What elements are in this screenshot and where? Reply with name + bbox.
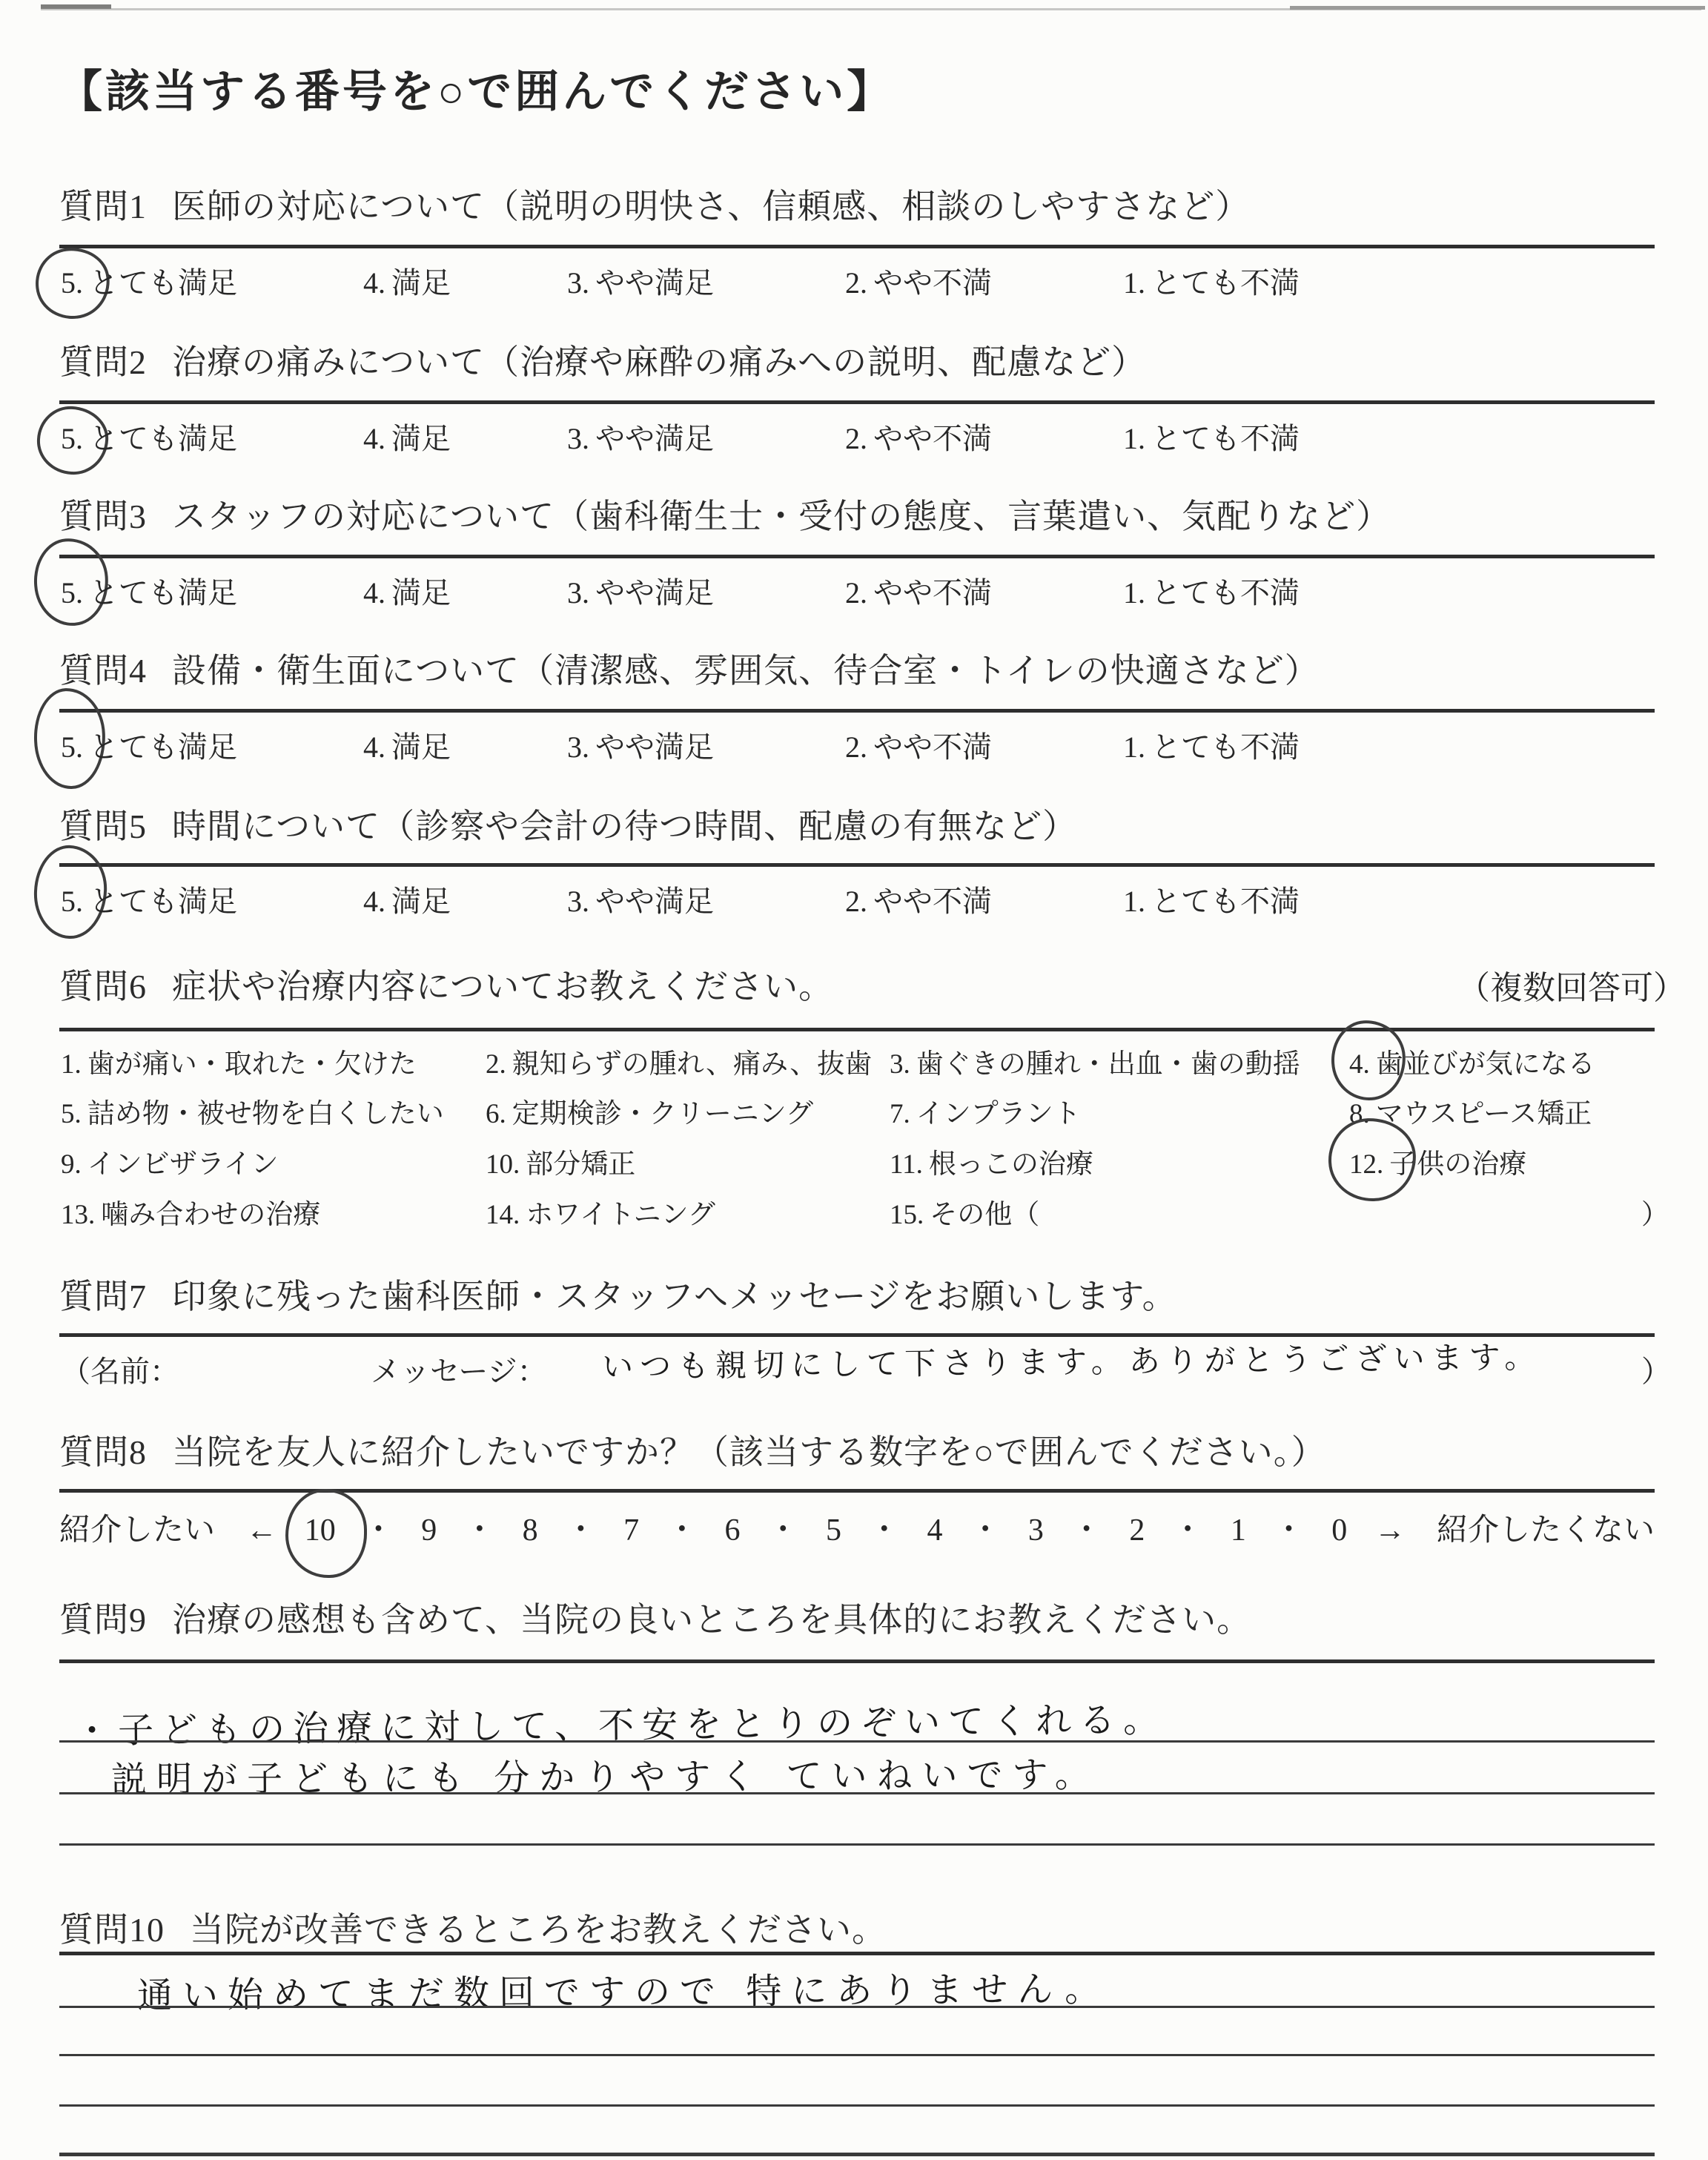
- message-field-label: メッセージ：: [371, 1348, 547, 1390]
- option-number: 2.: [845, 730, 867, 764]
- option-label: やや満足: [595, 422, 714, 455]
- divider-line: [59, 863, 1655, 867]
- nps-score-2: 2: [1129, 1513, 1145, 1548]
- question-title: 当院が改善できるところをお教えください。: [190, 1911, 887, 1949]
- divider-line: [59, 1952, 1655, 1955]
- q1-option-1: 1.とても不満: [1123, 260, 1300, 302]
- q5-option-1: 1.とても不満: [1123, 878, 1300, 920]
- question-5-header: 質問5時間について（診察や会計の待つ時間、配慮の有無など）: [59, 799, 1077, 848]
- answer-line: [59, 2006, 1655, 2008]
- option-label: やや不満: [873, 266, 992, 300]
- option-label: やや不満: [873, 576, 992, 610]
- option-number: 4.: [363, 576, 385, 610]
- question-2-header: 質問2治療の痛みについて（治療や麻酔の痛みへの説明、配慮など）: [59, 335, 1146, 384]
- option-label: やや不満: [873, 422, 992, 455]
- option-label: 満足: [391, 422, 451, 455]
- option-number: 3.: [567, 422, 589, 455]
- symptom-item-3: 3.歯ぐきの腫れ・出血・歯の動揺: [890, 1041, 1300, 1081]
- q4-option-2: 2.やや不満: [845, 724, 992, 766]
- item-number: 9.: [61, 1149, 82, 1180]
- item-number: 11.: [890, 1149, 923, 1180]
- item-number: 5.: [61, 1099, 82, 1129]
- q3-option-1: 1.とても不満: [1123, 569, 1300, 612]
- divider-line: [59, 1659, 1655, 1663]
- option-label: やや満足: [595, 730, 714, 764]
- question-number: 質問8: [59, 1433, 147, 1471]
- question-title: 設備・衛生面について（清潔感、雰囲気、待合室・トイレの快適さなど）: [172, 652, 1320, 690]
- option-label: やや不満: [873, 885, 992, 918]
- item-number: 3.: [890, 1049, 910, 1080]
- item-label: 根っこの治療: [929, 1149, 1093, 1180]
- option-number: 2.: [845, 422, 867, 455]
- q4-option-4: 4.満足: [363, 724, 451, 766]
- symptom-item-14: 14.ホワイトニング: [486, 1192, 715, 1232]
- nps-score-8: 8: [523, 1513, 538, 1548]
- message-handwritten-text: いつも親切にして下さります。ありがとうございます。: [602, 1332, 1543, 1387]
- q3-option-2: 2.やや不満: [845, 569, 992, 612]
- item-label: 定期検診・クリーニング: [512, 1099, 813, 1129]
- nps-score-6: 6: [725, 1513, 741, 1548]
- item-label: ホワイトニング: [526, 1200, 715, 1230]
- q1-option-5: 5.とても満足: [61, 260, 237, 302]
- nps-score-9: 9: [421, 1513, 437, 1548]
- scan-artifact-line: [41, 4, 111, 9]
- option-number: 4.: [363, 266, 385, 300]
- item-label: 噛み合わせの治療: [101, 1200, 320, 1230]
- q1-option-3: 3.やや満足: [567, 260, 714, 302]
- option-label: とても不満: [1151, 730, 1300, 764]
- option-number: 5.: [61, 576, 83, 610]
- name-field-label: （名前：: [61, 1348, 179, 1390]
- question-title: 治療の痛みについて（治療や麻酔の痛みへの説明、配慮など）: [172, 343, 1146, 381]
- question-8-header: 質問8当院を友人に紹介したいですか？（該当する数字を○で囲んでください。）: [59, 1425, 1326, 1474]
- nps-score-4: 4: [927, 1513, 942, 1548]
- q3-option-3: 3.やや満足: [567, 569, 714, 612]
- item-number: 14.: [486, 1200, 520, 1230]
- option-number: 2.: [845, 885, 867, 918]
- question-number: 質問9: [59, 1601, 147, 1639]
- question-title: 印象に残った歯科医師・スタッフへメッセージをお願いします。: [172, 1278, 1177, 1315]
- option-number: 1.: [1123, 266, 1145, 300]
- scale-dot: ・: [363, 1505, 394, 1550]
- question-3-header: 質問3スタッフの対応について（歯科衛生士・受付の態度、言葉遣い、気配りなど）: [59, 489, 1391, 538]
- answer-line: [59, 2153, 1655, 2156]
- scale-left-label: 紹介したい ←: [59, 1505, 277, 1550]
- q1-option-4: 4.満足: [363, 260, 451, 302]
- question-10-header: 質問10当院が改善できるところをお教えください。: [59, 1903, 887, 1952]
- option-label: 満足: [391, 730, 451, 764]
- question-number: 質問4: [59, 652, 147, 690]
- item-label: マウスピース矯正: [1376, 1099, 1592, 1129]
- question-number: 質問5: [59, 807, 147, 845]
- divider-line: [59, 400, 1655, 404]
- answer-line: [59, 1843, 1655, 1846]
- nps-score-0: 0: [1331, 1513, 1347, 1548]
- q4-option-1: 1.とても不満: [1123, 724, 1300, 766]
- item-label: 詰め物・被せ物を白くしたい: [87, 1099, 444, 1129]
- item-number: 10.: [486, 1149, 520, 1180]
- option-label: やや満足: [595, 576, 714, 610]
- option-number: 2.: [845, 266, 867, 300]
- option-number: 5.: [61, 730, 83, 764]
- q2-option-5: 5.とても満足: [61, 415, 237, 458]
- close-paren: ）: [1641, 1348, 1671, 1390]
- question-title: スタッフの対応について（歯科衛生士・受付の態度、言葉遣い、気配りなど）: [172, 498, 1391, 535]
- answer-line: [59, 2104, 1655, 2107]
- item-number: 6.: [486, 1099, 506, 1129]
- scale-dot: ・: [767, 1505, 798, 1550]
- q5-option-2: 2.やや不満: [845, 878, 992, 920]
- option-label: とても満足: [89, 885, 237, 918]
- q2-option-3: 3.やや満足: [567, 415, 714, 458]
- item-number: 13.: [61, 1200, 95, 1230]
- option-number: 4.: [363, 885, 385, 918]
- option-number: 4.: [363, 422, 385, 455]
- option-label: 満足: [391, 885, 451, 918]
- question-title: 症状や治療内容についてお教えください。: [172, 968, 833, 1005]
- nps-score-5: 5: [826, 1513, 841, 1548]
- option-label: とても不満: [1151, 266, 1300, 300]
- question-number: 質問10: [59, 1911, 165, 1949]
- item-label: 歯並びが気になる: [1376, 1049, 1595, 1080]
- option-number: 1.: [1123, 730, 1145, 764]
- option-number: 1.: [1123, 885, 1145, 918]
- q2-option-1: 1.とても不満: [1123, 415, 1300, 458]
- item-label: 親知らずの腫れ、痛み、抜歯: [512, 1049, 872, 1080]
- option-number: 5.: [61, 885, 83, 918]
- item-label: インプラント: [916, 1099, 1081, 1129]
- q4-option-5: 5.とても満足: [61, 724, 237, 766]
- q5-option-4: 4.満足: [363, 878, 451, 920]
- symptom-item-6: 6.定期検診・クリーニング: [486, 1091, 813, 1131]
- option-label: とても不満: [1151, 885, 1300, 918]
- option-label: やや不満: [873, 730, 992, 764]
- answer-line: [59, 1792, 1655, 1794]
- scale-dot: ・: [464, 1505, 495, 1550]
- symptom-item-1: 1.歯が痛い・取れた・欠けた: [61, 1041, 417, 1081]
- question-1-header: 質問1医師の対応について（説明の明快さ、信頼感、相談のしやすさなど）: [59, 179, 1250, 228]
- option-label: やや満足: [595, 266, 714, 300]
- option-number: 4.: [363, 730, 385, 764]
- question-title: 時間について（診察や会計の待つ時間、配慮の有無など）: [172, 807, 1077, 845]
- option-number: 3.: [567, 576, 589, 610]
- divider-line: [59, 709, 1655, 713]
- symptom-item-15-close-paren: ）: [1641, 1192, 1669, 1232]
- q10-handwritten-line: 通い始めてまだ数回ですので 特にありません。: [137, 1960, 1110, 2018]
- scale-dot: ・: [970, 1505, 1001, 1550]
- option-label: とても不満: [1151, 576, 1300, 610]
- nps-score-1: 1: [1231, 1513, 1246, 1548]
- option-number: 1.: [1123, 422, 1145, 455]
- divider-line: [59, 1489, 1655, 1493]
- nps-score-7: 7: [623, 1513, 639, 1548]
- symptom-item-11: 11.根っこの治療: [890, 1141, 1093, 1181]
- handwritten-circle-q8-10: [285, 1489, 367, 1578]
- option-number: 2.: [845, 576, 867, 610]
- option-label: とても満足: [89, 266, 237, 300]
- option-number: 3.: [567, 730, 589, 764]
- item-number: 1.: [61, 1049, 82, 1080]
- q3-option-5: 5.とても満足: [61, 569, 237, 612]
- survey-form-page: 【該当する番号を○で囲んでください】 質問1医師の対応について（説明の明快さ、信…: [0, 0, 1708, 2160]
- item-label: 部分矯正: [526, 1149, 635, 1180]
- symptom-item-7: 7.インプラント: [890, 1091, 1081, 1131]
- question-number: 質問7: [59, 1278, 147, 1315]
- answer-line: [59, 2054, 1655, 2056]
- option-label: 満足: [391, 576, 451, 610]
- option-number: 3.: [567, 885, 589, 918]
- symptom-item-9: 9.インビザライン: [61, 1141, 279, 1181]
- question-number: 質問3: [59, 498, 147, 535]
- q9-handwritten-line-1: ・子どもの治療に対して、不安をとりのぞいてくれる。: [74, 1691, 1168, 1753]
- symptom-item-5: 5.詰め物・被せ物を白くしたい: [61, 1091, 444, 1131]
- q2-option-4: 4.満足: [363, 415, 451, 458]
- symptom-item-2: 2.親知らずの腫れ、痛み、抜歯: [486, 1041, 872, 1081]
- symptom-item-13: 13.噛み合わせの治療: [61, 1192, 320, 1232]
- q4-option-3: 3.やや満足: [567, 724, 714, 766]
- nps-score-10: 10: [305, 1513, 336, 1548]
- item-number: 7.: [890, 1099, 910, 1129]
- answer-line: [59, 1740, 1655, 1743]
- question-4-header: 質問4設備・衛生面について（清潔感、雰囲気、待合室・トイレの快適さなど）: [59, 644, 1320, 693]
- option-number: 1.: [1123, 576, 1145, 610]
- scale-dot: ・: [869, 1505, 900, 1550]
- divider-line: [59, 245, 1655, 248]
- nps-scale-row: 紹介したい ← 10 ・ 9 ・ 8 ・ 7 ・ 6 ・ 5 ・ 4 ・ 3 ・…: [59, 1505, 1655, 1550]
- symptom-item-15: 15.その他（: [890, 1192, 1039, 1232]
- question-title: 医師の対応について（説明の明快さ、信頼感、相談のしやすさなど）: [172, 188, 1250, 225]
- item-number: 15.: [890, 1200, 924, 1230]
- question-number: 質問1: [59, 188, 147, 225]
- scale-dot: ・: [666, 1505, 698, 1550]
- q2-option-2: 2.やや不満: [845, 415, 992, 458]
- divider-line: [59, 1028, 1655, 1031]
- symptom-item-10: 10.部分矯正: [486, 1141, 635, 1181]
- option-label: 満足: [391, 266, 451, 300]
- q3-option-4: 4.満足: [363, 569, 451, 612]
- item-number: 2.: [486, 1049, 506, 1080]
- scale-dot: ・: [1274, 1505, 1305, 1550]
- q1-option-2: 2.やや不満: [845, 260, 992, 302]
- option-label: とても不満: [1151, 422, 1300, 455]
- question-number: 質問2: [59, 343, 147, 381]
- option-label: とても満足: [89, 730, 237, 764]
- option-label: とても満足: [89, 422, 237, 455]
- scale-dot: ・: [1071, 1505, 1102, 1550]
- scale-dot: ・: [1172, 1505, 1203, 1550]
- item-label: 歯が痛い・取れた・欠けた: [87, 1049, 417, 1080]
- option-label: とても満足: [89, 576, 237, 610]
- question-9-header: 質問9治療の感想も含めて、当院の良いところを具体的にお教えください。: [59, 1593, 1251, 1642]
- question-title: 治療の感想も含めて、当院の良いところを具体的にお教えください。: [172, 1601, 1251, 1639]
- option-number: 3.: [567, 266, 589, 300]
- multiple-answers-note: （複数回答可）: [1457, 961, 1686, 1008]
- scale-dot: ・: [565, 1505, 596, 1550]
- q5-option-3: 3.やや満足: [567, 878, 714, 920]
- scan-artifact-line: [1290, 6, 1705, 10]
- scale-right-label: → 紹介したくない: [1374, 1505, 1655, 1550]
- question-6-header: 質問6症状や治療内容についてお教えください。: [59, 960, 833, 1008]
- question-title: 当院を友人に紹介したいですか？（該当する数字を○で囲んでください。）: [172, 1433, 1326, 1471]
- q5-option-5: 5.とても満足: [61, 878, 237, 920]
- item-label: インビザライン: [87, 1149, 279, 1180]
- nps-score-3: 3: [1028, 1513, 1044, 1548]
- item-label: その他（: [930, 1200, 1039, 1230]
- option-number: 5.: [61, 266, 83, 300]
- page-title: 【該当する番号を○で囲んでください】: [58, 56, 894, 120]
- item-label: 歯ぐきの腫れ・出血・歯の動揺: [916, 1049, 1300, 1080]
- option-number: 5.: [61, 422, 83, 455]
- option-label: やや満足: [595, 885, 714, 918]
- divider-line: [59, 555, 1655, 558]
- question-7-header: 質問7印象に残った歯科医師・スタッフへメッセージをお願いします。: [59, 1269, 1177, 1318]
- question-number: 質問6: [59, 968, 147, 1005]
